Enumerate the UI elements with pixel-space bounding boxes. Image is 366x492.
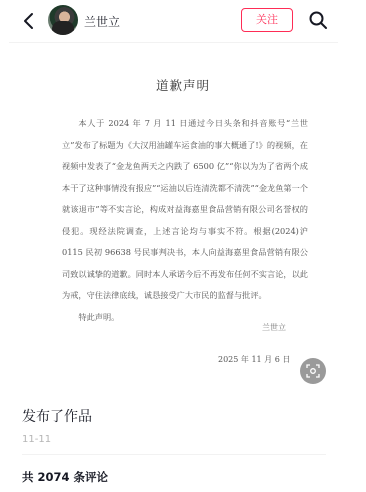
avatar[interactable] bbox=[48, 5, 78, 35]
section-divider bbox=[22, 454, 326, 455]
search-icon bbox=[308, 10, 328, 30]
search-button[interactable] bbox=[308, 10, 328, 30]
top-bar: 兰世立 关注 bbox=[0, 0, 366, 42]
back-button[interactable] bbox=[22, 12, 36, 30]
document-body: 本人于 2024 年 7 月 11 日通过今日头条和抖音账号“兰世立”发布了标题… bbox=[62, 113, 308, 328]
document-signature: 兰世立 bbox=[262, 322, 286, 333]
image-search-button[interactable] bbox=[300, 358, 326, 384]
follow-button[interactable]: 关注 bbox=[241, 8, 293, 32]
username[interactable]: 兰世立 bbox=[84, 13, 120, 30]
scan-icon bbox=[306, 364, 320, 378]
apology-document-image[interactable]: 道歉声明 本人于 2024 年 7 月 11 日通过今日头条和抖音账号“兰世立”… bbox=[0, 43, 366, 383]
post-title: 发布了作品 bbox=[22, 406, 92, 426]
post-date: 11-11 bbox=[22, 434, 51, 445]
chevron-left-icon bbox=[22, 12, 36, 30]
document-date: 2025 年 11 月 6 日 bbox=[218, 354, 290, 365]
document-paragraph: 本人于 2024 年 7 月 11 日通过今日头条和抖音账号“兰世立”发布了标题… bbox=[62, 113, 308, 307]
comment-count: 共 2074 条评论 bbox=[22, 469, 108, 485]
document-title: 道歉声明 bbox=[0, 76, 366, 94]
